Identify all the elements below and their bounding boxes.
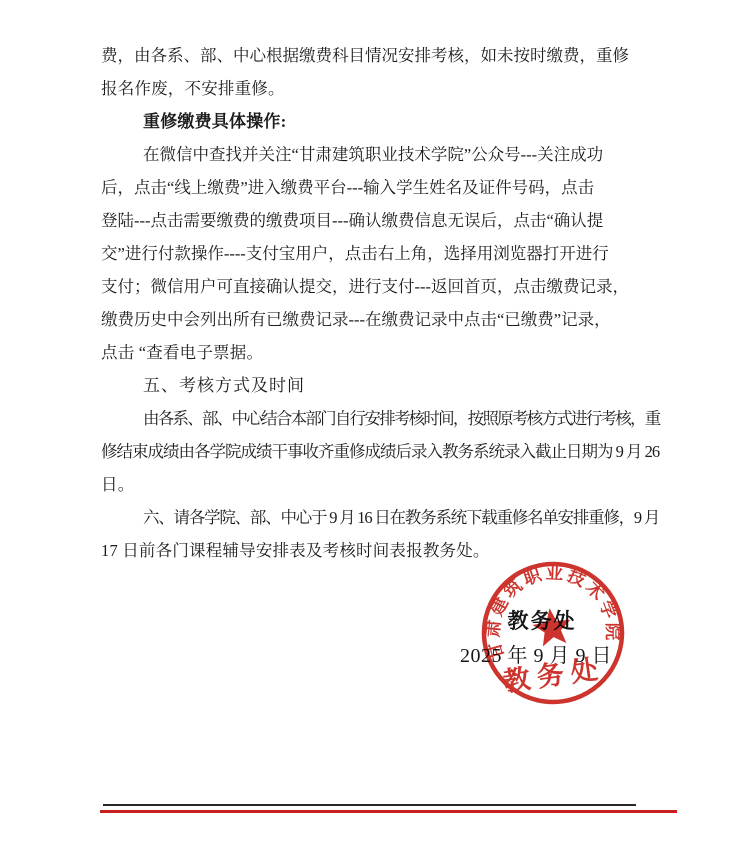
text-line: 六、请各学院、部、中心于 9 月 16 日在教务系统下载重修名单安排重修，9 月 xyxy=(101,501,667,534)
text-line: 费，由各系、部、中心根据缴费科目情况安排考核，如未按时缴费，重修 xyxy=(101,39,667,72)
document-page: 费，由各系、部、中心根据缴费科目情况安排考核，如未按时缴费，重修 报名作废，不安… xyxy=(0,0,754,865)
body-text: 费，由各系、部、中心根据缴费科目情况安排考核，如未按时缴费，重修 报名作废，不安… xyxy=(101,39,667,567)
text-line: 登陆---点击需要缴费的缴费项目---确认缴费信息无误后，点击“确认提 xyxy=(101,204,667,237)
text-line: 在微信中查找并关注“甘肃建筑职业技术学院”公众号---关注成功 xyxy=(101,138,667,171)
signature-department: 教务处 xyxy=(452,605,632,635)
footer-black-rule xyxy=(103,804,636,806)
text-line: 缴费历史中会列出所有已缴费记录---在缴费记录中点击“已缴费”记录， xyxy=(101,303,667,336)
text-line: 日。 xyxy=(101,468,667,501)
text-line: 修结束成绩由各学院成绩干事收齐重修成绩后录入教务系统录入截止日期为 9 月 26 xyxy=(101,435,667,468)
text-line: 报名作废，不安排重修。 xyxy=(101,72,667,105)
text-line: 后，点击“线上缴费”进入缴费平台---输入学生姓名及证件号码，点击 xyxy=(101,171,667,204)
text-line: 点击 “查看电子票据。 xyxy=(101,336,667,369)
text-line: 17 日前各门课程辅导安排表及考核时间表报教务处。 xyxy=(101,534,667,567)
section-heading-payment-steps: 重修缴费具体操作: xyxy=(101,105,667,138)
section-heading-assessment: 五、考核方式及时间 xyxy=(101,369,667,402)
signature-date: 2025 年 9 月 9 日 xyxy=(420,639,652,668)
text-line: 由各系、部、中心结合本部门自行安排考核时间，按照原考核方式进行考核，重 xyxy=(101,402,667,435)
text-line: 支付；微信用户可直接确认提交，进行支付---返回首页，点击缴费记录， xyxy=(101,270,667,303)
footer-red-rule xyxy=(100,810,677,813)
text-line: 交”进行付款操作----支付宝用户，点击右上角，选择用浏览器打开进行 xyxy=(101,237,667,270)
